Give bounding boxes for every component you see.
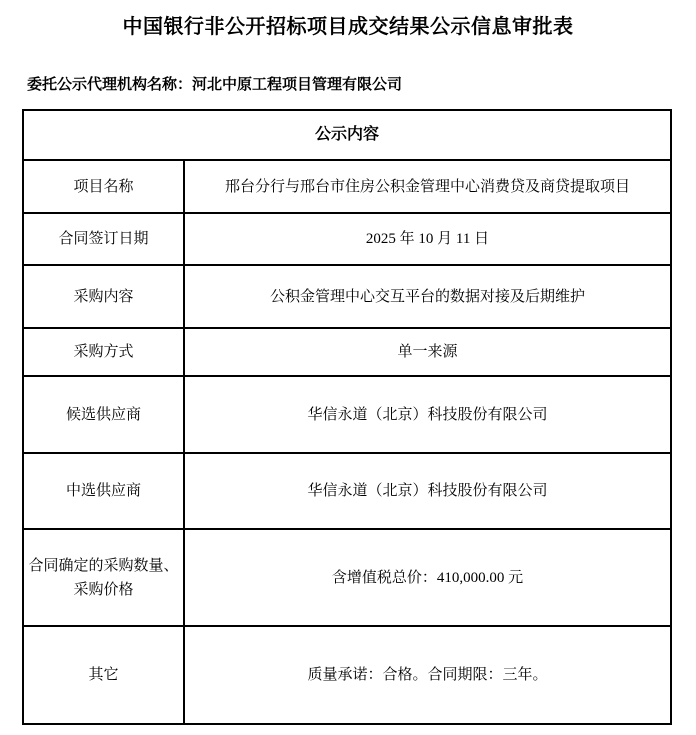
agency-name-line: 委托公示代理机构名称：河北中原工程项目管理有限公司: [27, 76, 696, 94]
row-label-procurement-content: 采购内容: [23, 265, 184, 328]
table-row: 合同签订日期 2025 年 10 月 11 日: [23, 213, 671, 265]
row-value-procurement-content: 公积金管理中心交互平台的数据对接及后期维护: [184, 265, 671, 328]
table-row: 其它 质量承诺：合格。合同期限：三年。: [23, 626, 671, 724]
table-row: 合同确定的采购数量、 采购价格 含增值税总价：410,000.00 元: [23, 529, 671, 626]
row-value-candidate-supplier: 华信永道（北京）科技股份有限公司: [184, 376, 671, 453]
row-value-contract-date: 2025 年 10 月 11 日: [184, 213, 671, 265]
row-label-procurement-method: 采购方式: [23, 328, 184, 376]
row-value-quantity-price: 含增值税总价：410,000.00 元: [184, 529, 671, 626]
row-value-selected-supplier: 华信永道（北京）科技股份有限公司: [184, 453, 671, 529]
row-value-procurement-method: 单一来源: [184, 328, 671, 376]
table-row: 候选供应商 华信永道（北京）科技股份有限公司: [23, 376, 671, 453]
table-row: 采购内容 公积金管理中心交互平台的数据对接及后期维护: [23, 265, 671, 328]
row-label-selected-supplier: 中选供应商: [23, 453, 184, 529]
table-row: 采购方式 单一来源: [23, 328, 671, 376]
table-header-publicity-content: 公示内容: [23, 110, 671, 160]
table-header-row: 公示内容: [23, 110, 671, 160]
table-row: 中选供应商 华信永道（北京）科技股份有限公司: [23, 453, 671, 529]
publicity-content-table: 公示内容 项目名称 邢台分行与邢台市住房公积金管理中心消费贷及商贷提取项目 合同…: [22, 109, 672, 725]
page-title: 中国银行非公开招标项目成交结果公示信息审批表: [0, 14, 696, 40]
row-label-other: 其它: [23, 626, 184, 724]
row-label-candidate-supplier: 候选供应商: [23, 376, 184, 453]
row-label-project-name: 项目名称: [23, 160, 184, 213]
row-value-other: 质量承诺：合格。合同期限：三年。: [184, 626, 671, 724]
row-label-contract-date: 合同签订日期: [23, 213, 184, 265]
row-label-quantity-price: 合同确定的采购数量、 采购价格: [23, 529, 184, 626]
row-value-project-name: 邢台分行与邢台市住房公积金管理中心消费贷及商贷提取项目: [184, 160, 671, 213]
table-row: 项目名称 邢台分行与邢台市住房公积金管理中心消费贷及商贷提取项目: [23, 160, 671, 213]
